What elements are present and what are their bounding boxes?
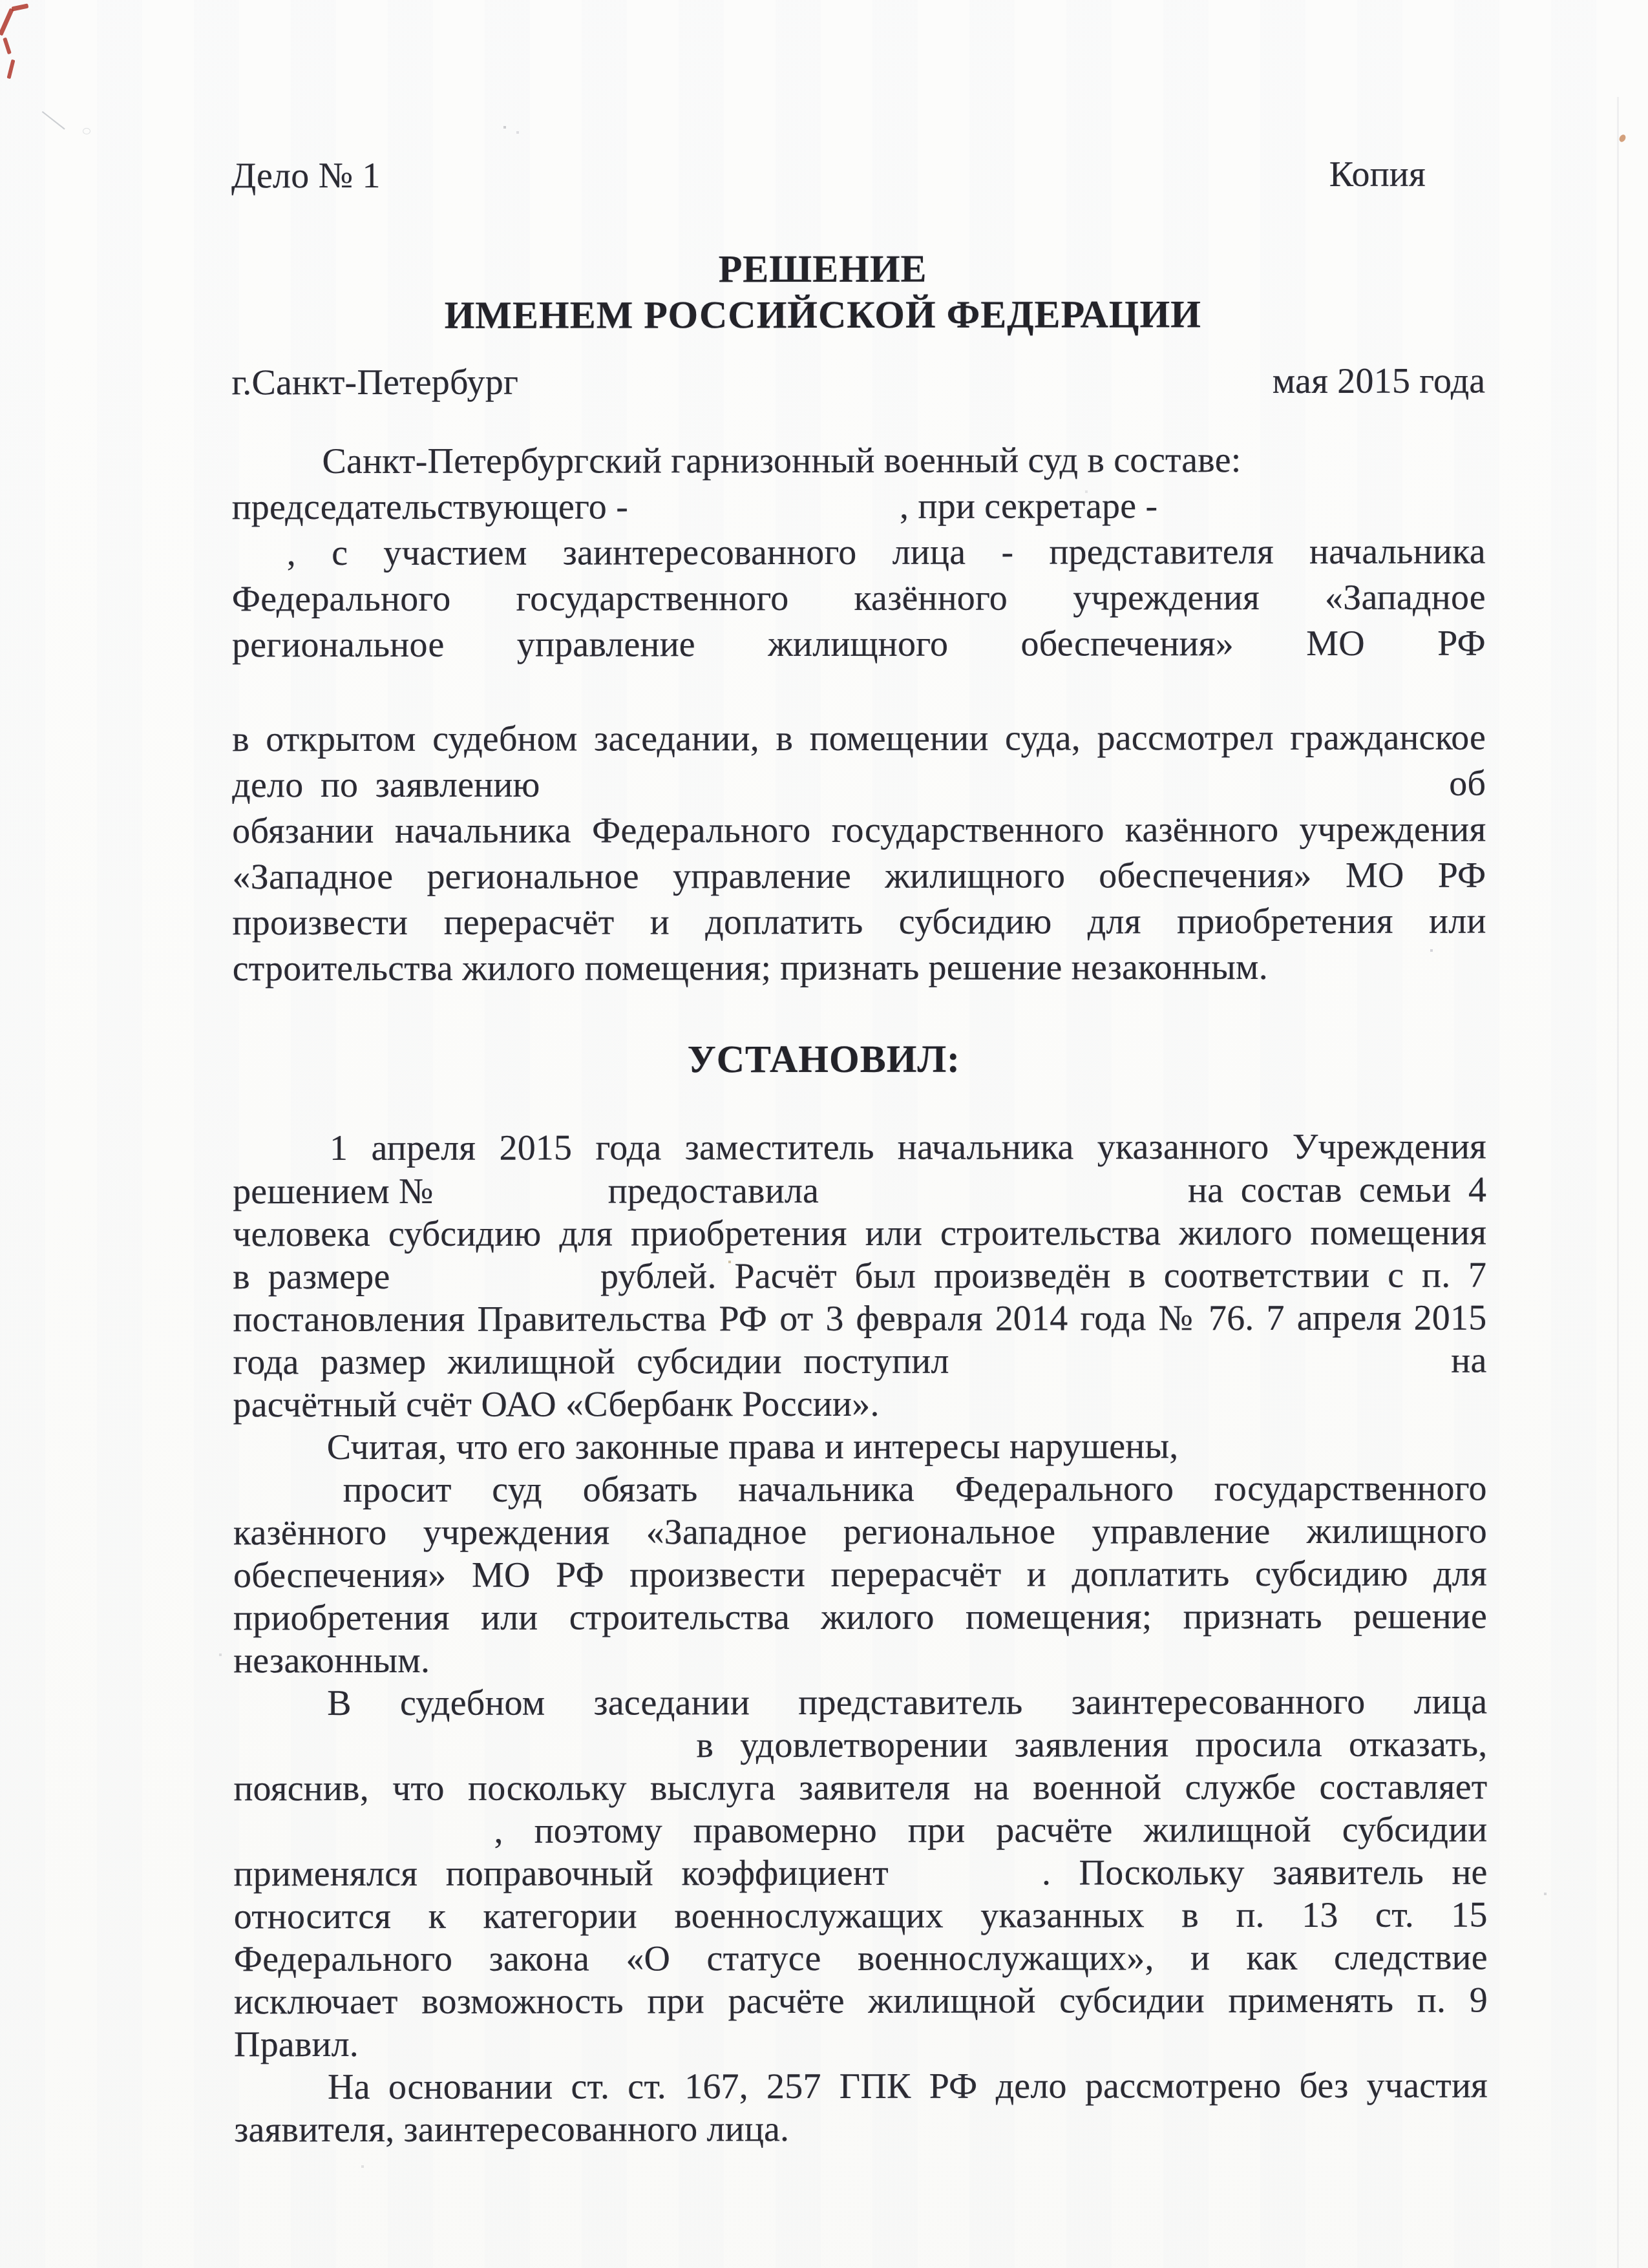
facts-line-2: решением № предоставила на состав семьи … <box>233 1170 1486 1212</box>
claims-line-4: обеспечения» МО РФ произвести перерасчёт… <box>233 1554 1487 1596</box>
lawful-calculation-text: , поэтому правомерно при расчёте жилищно… <box>494 1810 1487 1851</box>
established-heading: УСТАНОВИЛ: <box>0 1038 1648 1080</box>
hearing-line-9: Правил. <box>234 2023 1488 2065</box>
place-date-row: г.Санкт-Петербург мая 2015 года <box>231 361 1485 403</box>
family-size-text: на состав семьи 4 <box>1188 1170 1486 1211</box>
city-label: г.Санкт-Петербург <box>231 362 518 403</box>
obligation-line-3: произвести перерасчёт и доплатить субсид… <box>232 901 1486 943</box>
obligation-line-4: строительства жилого помещения; признать… <box>233 947 1486 989</box>
subsidy-received-text: года размер жилищной субсидии поступил <box>233 1341 949 1383</box>
presiding-judge-line: председательствующего - , при секретаре … <box>232 486 1486 528</box>
facts-line-1: 1 апреля 2015 года заместитель начальник… <box>233 1127 1486 1169</box>
case-application-text: дело по заявлению <box>232 765 540 806</box>
redacted-blank <box>540 795 1450 797</box>
on-word: на <box>1451 1341 1486 1381</box>
hearing-line-6: относится к категории военнослужащих ука… <box>234 1895 1488 1937</box>
claims-line-2: просит суд обязать начальника Федерально… <box>233 1469 1487 1511</box>
redacted-blank <box>628 518 900 519</box>
case-number: Дело № 1 <box>231 156 381 196</box>
claims-line-3: казённого учреждения «Западное региональ… <box>233 1511 1487 1553</box>
obligation-line-2: «Западное региональное управление жилищн… <box>232 856 1486 898</box>
facts-line-6: года размер жилищной субсидии поступил н… <box>233 1341 1486 1383</box>
facts-line-5: постановления Правительства РФ от 3 февр… <box>233 1298 1486 1340</box>
coefficient-label: применялся поправочный коэффициент <box>234 1853 889 1894</box>
redacted-blank <box>233 1757 670 1758</box>
claims-line-6: незаконным. <box>233 1639 1487 1681</box>
open-hearing-line: в открытом судебном заседании, в помещен… <box>232 718 1486 760</box>
copy-label: Копия <box>1329 154 1426 194</box>
institution-line-1: Федерального государственного казённого … <box>232 578 1486 620</box>
since-applicant-text: . Поскольку заявитель не <box>1042 1853 1488 1893</box>
secretary-label: , при секретаре - <box>900 486 1157 527</box>
hearing-line-2: в удовлетворении заявления просила отказ… <box>233 1725 1487 1767</box>
case-application-line: дело по заявлению об <box>232 764 1486 806</box>
hearing-line-7: Федерального закона «О статусе военнослу… <box>234 1938 1488 1980</box>
participation-line: , с участием заинтересованного лица - пр… <box>232 532 1486 574</box>
obligation-line-1: обязании начальника Федерального государ… <box>232 810 1486 852</box>
header-row: Дело № 1 Копия <box>231 154 1485 196</box>
facts-line-7: расчётный счёт ОАО «Сбербанк России». <box>233 1383 1487 1425</box>
court-composition-line: Санкт-Петербургский гарнизонный военный … <box>232 440 1486 482</box>
redacted-blank <box>949 1372 1452 1373</box>
basis-line-1: На основании ст. ст. 167, 257 ГПК РФ дел… <box>234 2066 1488 2108</box>
date-label: мая 2015 года <box>1273 361 1486 401</box>
calculation-text: рублей. Расчёт был произведён в соответс… <box>600 1255 1487 1297</box>
scanned-court-decision-page: Дело № 1 Копия РЕШЕНИЕ ИМЕНЕМ РОССИЙСКОЙ… <box>0 0 1648 2268</box>
decision-title: РЕШЕНИЕ <box>0 247 1647 290</box>
decision-subtitle: ИМЕНЕМ РОССИЙСКОЙ ФЕДЕРАЦИИ <box>0 293 1647 336</box>
basis-line-2: заявителя, заинтересованного лица. <box>234 2108 1488 2150</box>
hearing-line-5: применялся поправочный коэффициент . Пос… <box>234 1853 1488 1895</box>
claims-line-5: приобретения или строительства жилого по… <box>233 1597 1487 1639</box>
hearing-line-8: исключает возможность при расчёте жилищн… <box>234 1980 1488 2022</box>
document-body: Дело № 1 Копия РЕШЕНИЕ ИМЕНЕМ РОССИЙСКОЙ… <box>0 0 1648 2268</box>
hearing-line-1: В судебном заседании представитель заинт… <box>233 1682 1487 1724</box>
amount-label: в размере <box>233 1257 390 1297</box>
redacted-blank <box>819 1202 1188 1202</box>
refuse-request-text: в удовлетворении заявления просила отказ… <box>696 1725 1487 1766</box>
facts-line-4: в размере рублей. Расчёт был произведён … <box>233 1255 1486 1297</box>
decision-number-label: решением № <box>233 1171 434 1212</box>
hearing-line-3: пояснив, что поскольку выслуга заявителя… <box>233 1767 1487 1809</box>
about-word: об <box>1449 764 1486 804</box>
presiding-label: председательствующего - <box>232 487 629 527</box>
institution-line-2: региональное управление жилищного обеспе… <box>232 624 1486 666</box>
claims-line-1: Считая, что его законные права и интерес… <box>233 1426 1487 1468</box>
hearing-line-4: , поэтому правомерно при расчёте жилищно… <box>233 1810 1487 1852</box>
granted-word: предоставила <box>608 1171 819 1211</box>
facts-line-3: человека субсидию для приобретения или с… <box>233 1213 1486 1255</box>
